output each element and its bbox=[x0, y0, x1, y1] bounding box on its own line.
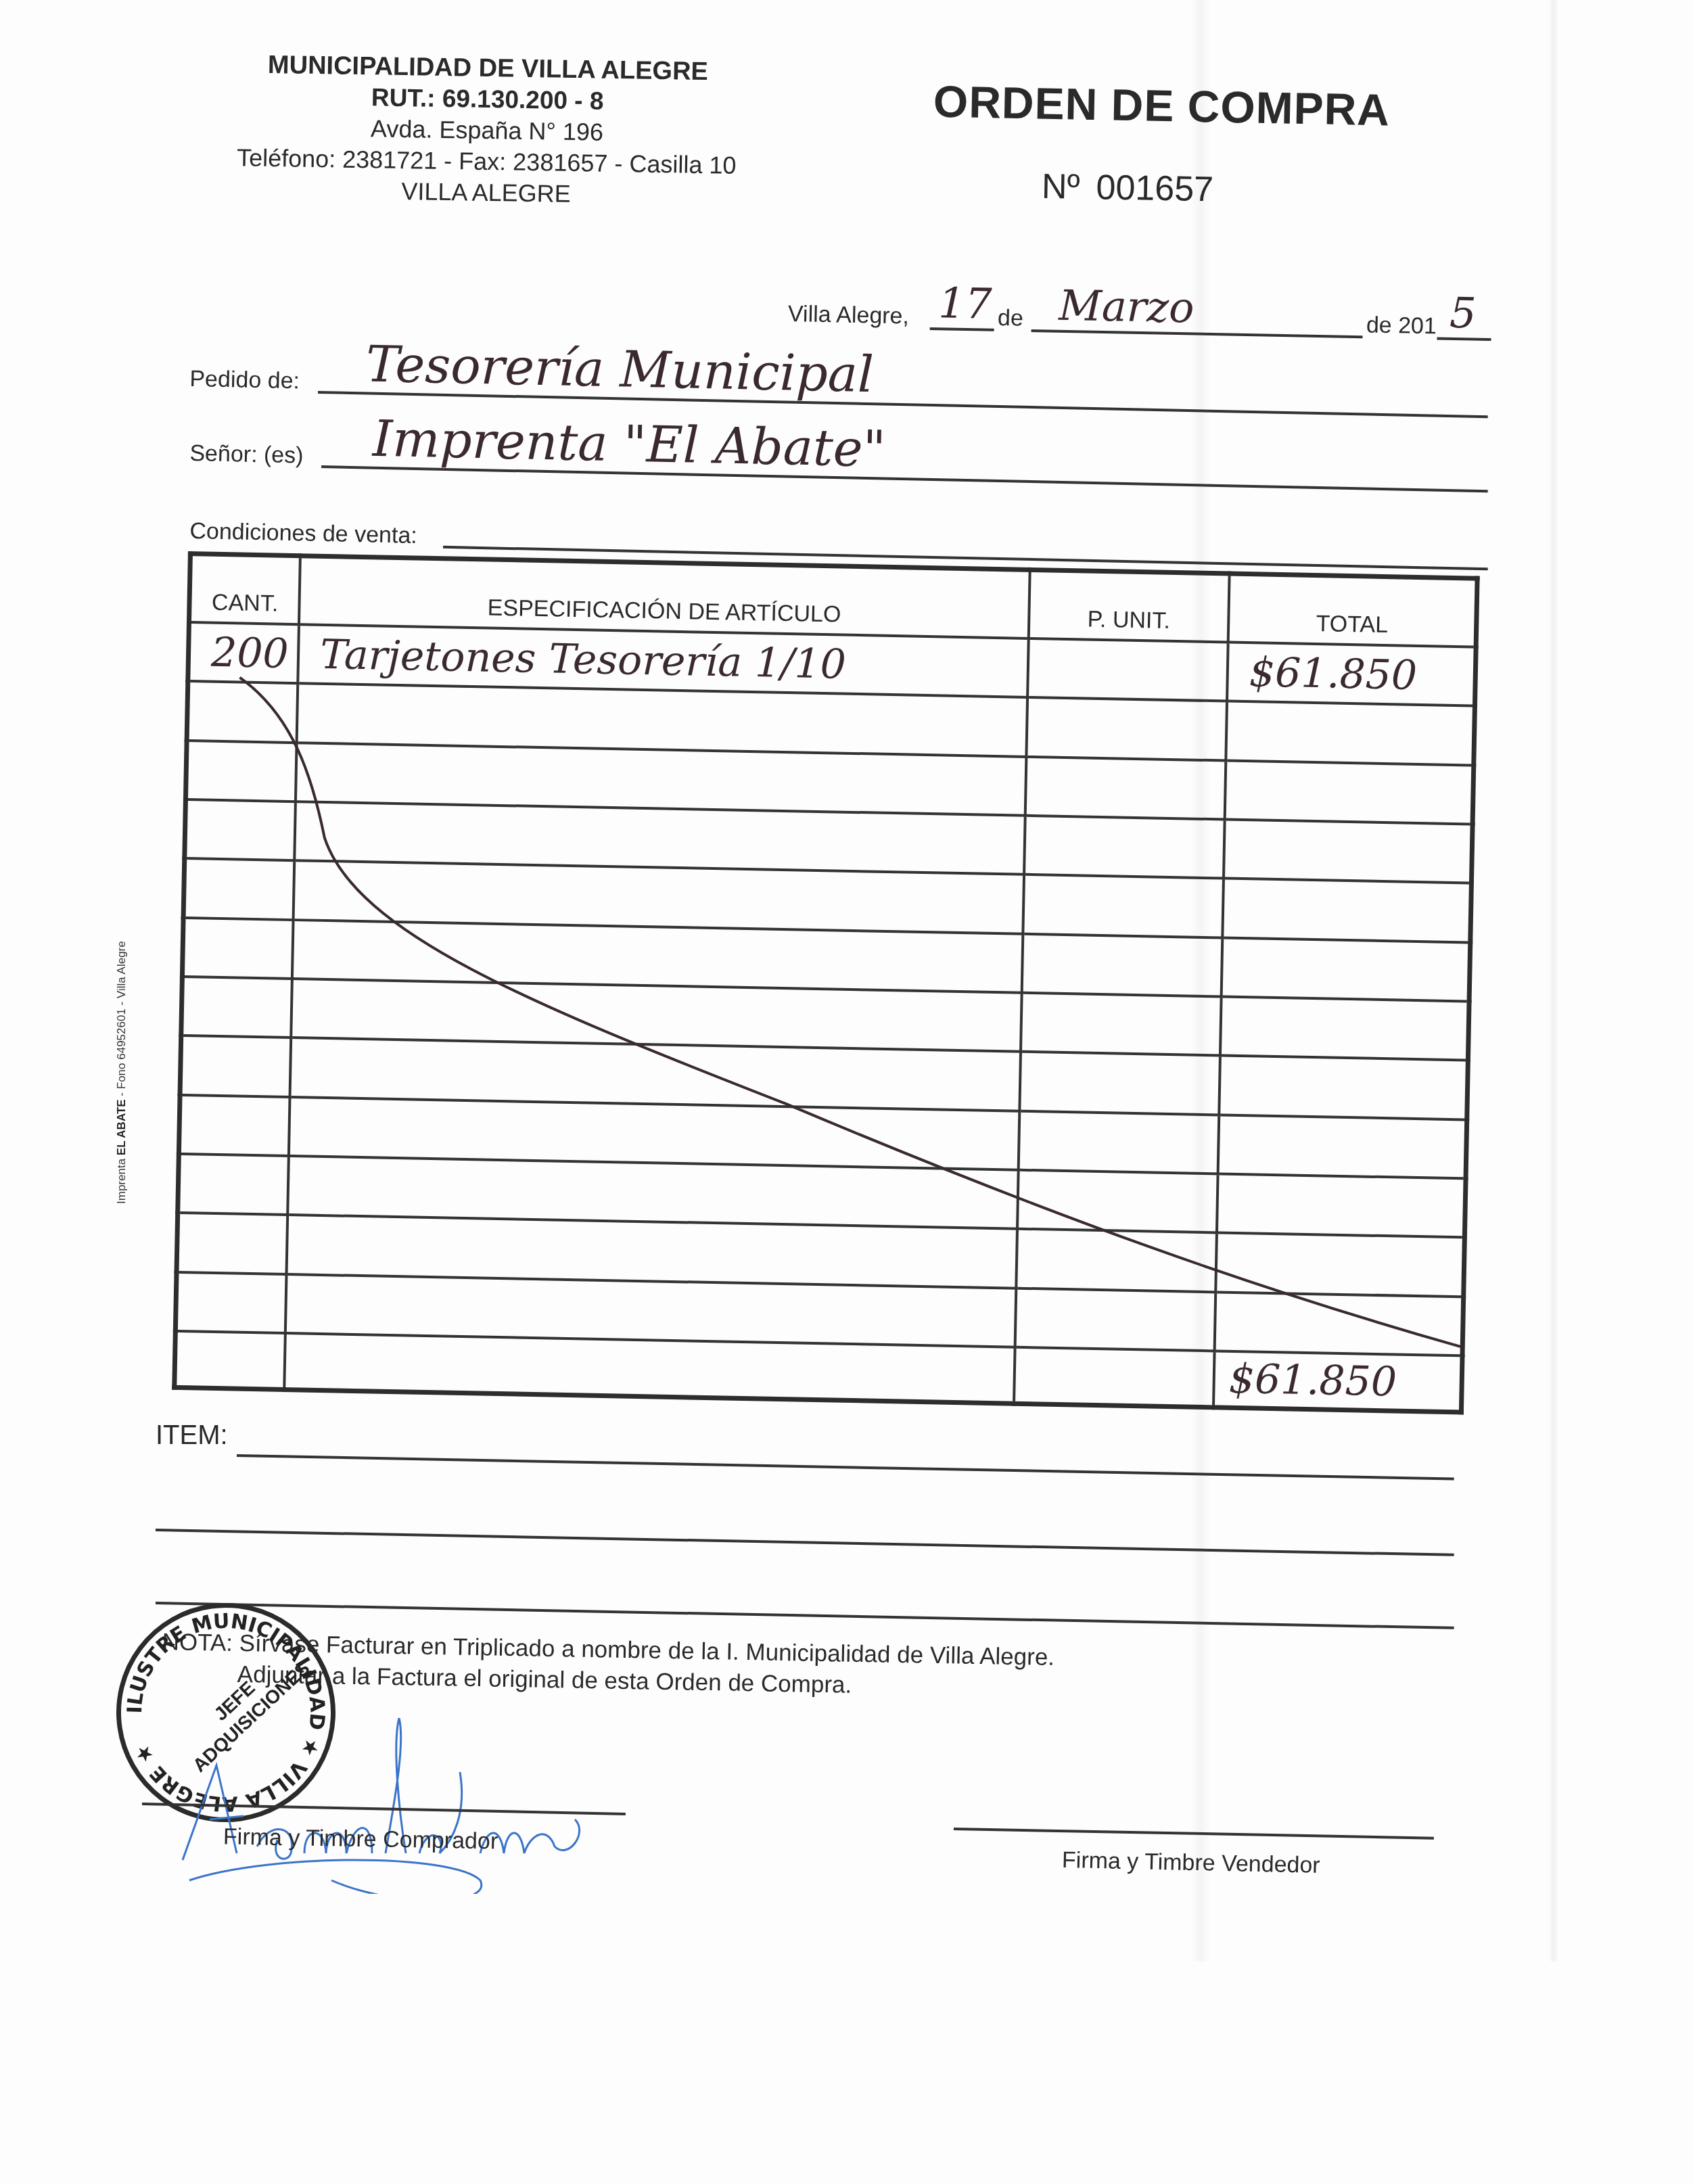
cell-total[interactable] bbox=[1222, 879, 1471, 942]
senor-field[interactable]: Señor: (es) Imprenta "El Abate" bbox=[189, 426, 1489, 494]
cell-total[interactable] bbox=[1225, 760, 1474, 824]
cell-unit[interactable] bbox=[1027, 638, 1228, 701]
cell-unit[interactable] bbox=[1021, 993, 1222, 1056]
cell-cant[interactable] bbox=[177, 1213, 287, 1274]
pedido-value: Tesorería Municipal bbox=[365, 335, 874, 404]
cell-total[interactable] bbox=[1215, 1292, 1464, 1355]
cell-total[interactable] bbox=[1220, 996, 1469, 1060]
cell-unit[interactable] bbox=[1025, 757, 1226, 820]
document-number-value: 001657 bbox=[1096, 168, 1214, 209]
cell-unit[interactable] bbox=[1026, 697, 1227, 760]
pedido-label: Pedido de: bbox=[189, 366, 300, 394]
cell-cant[interactable] bbox=[185, 799, 296, 860]
cell-cant[interactable]: 200 bbox=[188, 622, 299, 683]
header-total: TOTAL bbox=[1228, 574, 1477, 647]
organization-header: MUNICIPALIDAD DE VILLA ALEGRE RUT.: 69.1… bbox=[195, 48, 779, 212]
cell-unit[interactable] bbox=[1023, 875, 1224, 937]
item-rule-1[interactable] bbox=[237, 1454, 1454, 1481]
date-de-label: de bbox=[998, 305, 1024, 332]
cell-cant[interactable] bbox=[180, 1036, 291, 1096]
grand-total-value: $61.850 bbox=[1213, 1351, 1462, 1412]
date-place-label: Villa Alegre, bbox=[788, 301, 910, 329]
date-year-value: 5 bbox=[1450, 288, 1477, 338]
condiciones-label: Condiciones de venta: bbox=[189, 518, 417, 549]
cell-unit[interactable] bbox=[1016, 1229, 1217, 1292]
senor-label: Señor: (es) bbox=[189, 440, 304, 469]
date-year-label: de 201 bbox=[1366, 312, 1437, 340]
cell-cant[interactable] bbox=[182, 918, 293, 979]
cell-total[interactable]: $61.850 bbox=[1227, 643, 1476, 706]
item-rule-2[interactable] bbox=[156, 1529, 1454, 1556]
cell-total[interactable] bbox=[1219, 1056, 1468, 1119]
date-day-value: 17 bbox=[938, 278, 992, 329]
cell-unit[interactable] bbox=[1022, 933, 1223, 996]
header-unit: P. UNIT. bbox=[1029, 570, 1230, 642]
scan-edge-shadow bbox=[1549, 0, 1558, 1961]
date-month-value: Marzo bbox=[1059, 281, 1195, 333]
printer-imprint: Imprenta EL ABATE - Fono 64952601 - Vill… bbox=[115, 941, 129, 1204]
senor-value: Imprenta "El Abate" bbox=[372, 410, 886, 479]
purchase-order-page: MUNICIPALIDAD DE VILLA ALEGRE RUT.: 69.1… bbox=[0, 0, 1693, 2184]
cell-cant[interactable] bbox=[175, 1272, 286, 1333]
document-title: ORDEN DE COMPRA bbox=[933, 76, 1390, 136]
cell-cant[interactable] bbox=[187, 681, 298, 742]
cell-cant[interactable] bbox=[185, 741, 296, 801]
cell-total[interactable] bbox=[1224, 819, 1472, 883]
document-number: Nº001657 bbox=[1041, 166, 1213, 210]
cell-unit[interactable] bbox=[1017, 1170, 1218, 1233]
buyer-signature-label: Firma y Timbre Comprador bbox=[223, 1823, 498, 1855]
cell-cant[interactable] bbox=[179, 1095, 289, 1156]
cell-total[interactable] bbox=[1215, 1233, 1464, 1297]
cell-unit[interactable] bbox=[1019, 1052, 1220, 1115]
items-table-container: CANT. ESPECIFICACIÓN DE ARTÍCULO P. UNIT… bbox=[172, 551, 1479, 1414]
cell-unit[interactable] bbox=[1015, 1288, 1216, 1351]
cell-total[interactable] bbox=[1226, 701, 1475, 765]
item-rule-3[interactable] bbox=[156, 1602, 1454, 1629]
header-cant: CANT. bbox=[189, 554, 300, 625]
cell-unit[interactable] bbox=[1024, 816, 1225, 879]
cell-cant[interactable] bbox=[181, 977, 292, 1038]
cell-total[interactable] bbox=[1222, 937, 1470, 1001]
seller-signature-label: Firma y Timbre Vendedor bbox=[1062, 1847, 1320, 1879]
cell-cant[interactable] bbox=[183, 858, 294, 919]
items-table: CANT. ESPECIFICACIÓN DE ARTÍCULO P. UNIT… bbox=[172, 551, 1479, 1414]
item-label: ITEM: bbox=[156, 1420, 228, 1451]
cell-total[interactable] bbox=[1217, 1174, 1466, 1237]
cell-cant[interactable] bbox=[178, 1154, 289, 1215]
cell-unit[interactable] bbox=[1019, 1111, 1220, 1174]
document-number-label: Nº bbox=[1042, 167, 1081, 207]
date-row: Villa Alegre, 17 de Marzo de 201 5 bbox=[788, 291, 1492, 345]
cell-total[interactable] bbox=[1218, 1115, 1467, 1178]
